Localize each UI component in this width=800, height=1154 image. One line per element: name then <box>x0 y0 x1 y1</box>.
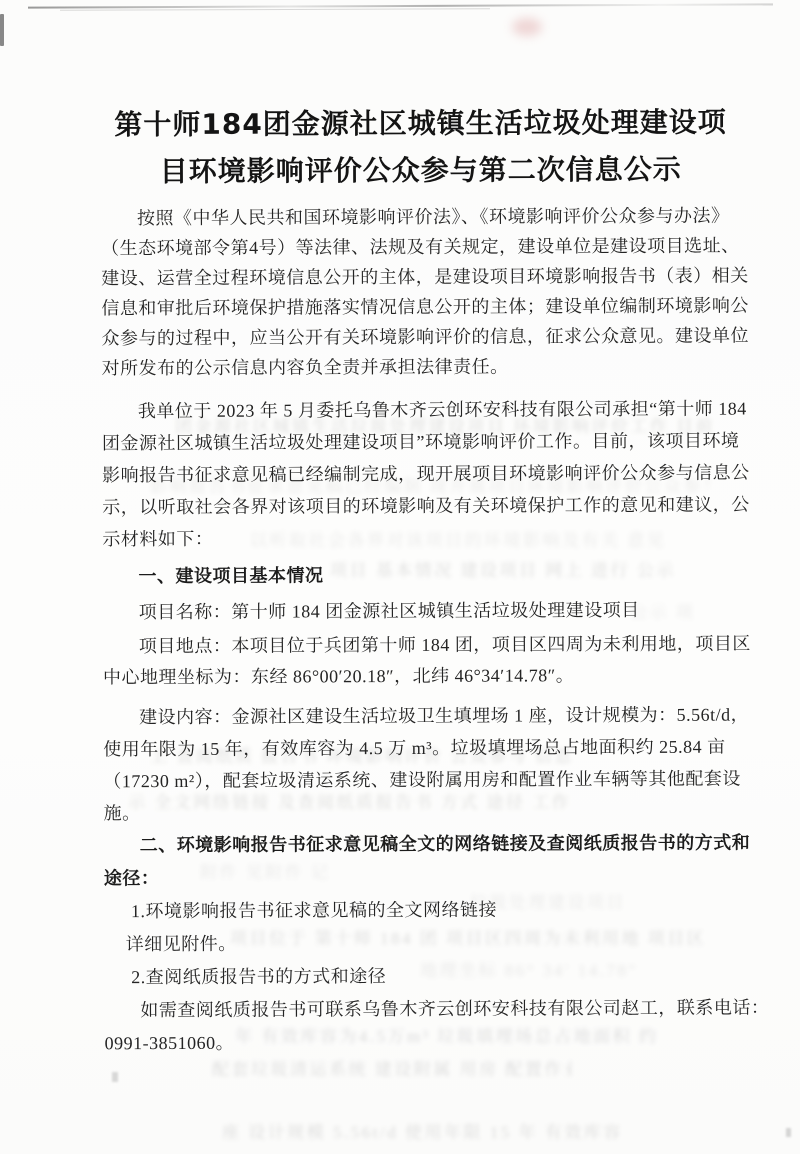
text-line: 团金源社区城镇生活垃圾处理建设项目”环境影响评价工作。目前，该项目环境 <box>102 425 742 460</box>
scan-speck <box>786 1128 791 1137</box>
text-line: 示，以听取社会各界对该项目的环境影响及有关环境保护工作的意见和建议，公 <box>102 489 742 524</box>
text-line: 项目名称：第十师 184 团金源社区城镇生活垃圾处理建设项目 <box>103 593 743 630</box>
text-line: 项目地点：本项目位于兵团第十师 184 团，项目区四周为未利用地，项目区 <box>103 629 743 663</box>
text-line: 影响报告书征求意见稿已经编制完成，现开展项目环境影响评价公众参与信息公 <box>102 457 742 492</box>
bleed-through-text: 座 设计规模 5.56t/d 使用年限 15 年 有效库容 <box>222 1118 642 1143</box>
heading-line: 二、环境影响报告书征求意见稿全文的网络链接及查阅纸质报告书的方式和 <box>104 827 744 863</box>
heading-line: 一、建设项目基本情况 <box>102 557 742 594</box>
list-item-1: 1.环境影响报告书征求意见稿的全文网络链接 <box>104 893 744 929</box>
document-content: 第十师184团金源社区城镇生活垃圾处理建设项 目环境影响评价公众参与第二次信息公… <box>0 0 800 1061</box>
document-title: 第十师184团金源社区城镇生活垃圾处理建设项 目环境影响评价公众参与第二次信息公… <box>100 99 740 196</box>
text-line: 按照《中华人民共和国环境影响评价法》、《环境影响评价公众参与办法》 <box>101 201 741 234</box>
list-item-1-note: 详细见附件。 <box>104 926 744 962</box>
text-line: 众参与的过程中，应当公开有关环境影响评价的信息，征求公众意见。建设单位 <box>101 321 741 354</box>
contact-phone: 0991-3851060。 <box>104 1025 744 1061</box>
text-line: 示材料如下： <box>102 521 742 556</box>
heading-line: 途径： <box>104 860 744 896</box>
text-line: 信息和审批后环境保护措施落实情况信息公开的主体；建设单位编制环境影响公 <box>101 291 741 324</box>
text-line: 我单位于 2023 年 5 月委托乌鲁木齐云创环安科技有限公司承担“第十师 18… <box>102 393 742 428</box>
title-line-1: 第十师184团金源社区城镇生活垃圾处理建设项 <box>100 99 740 149</box>
project-name-line: 项目名称：第十师 184 团金源社区城镇生活垃圾处理建设项目 <box>103 593 743 630</box>
text-line: 建设内容：金源社区建设生活垃圾卫生填埋场 1 座，设计规模为：5.56t/d， <box>103 699 743 734</box>
paragraph-commission: 我单位于 2023 年 5 月委托乌鲁木齐云创环安科技有限公司承担“第十师 18… <box>102 393 743 556</box>
paragraph-project-location: 项目地点：本项目位于兵团第十师 184 团，项目区四周为未利用地，项目区 中心地… <box>103 629 743 694</box>
text-line: 对所发布的公示信息内容负全责并承担法律责任。 <box>102 351 742 384</box>
text-line: 使用年限为 15 年，有效库容为 4.5 万 m³。垃圾填埋场总占地面积约 25… <box>103 731 743 766</box>
text-line: （生态环境部令第4号）等法律、法规及有关规定，建设单位是建设项目选址、 <box>101 231 741 264</box>
section-1-heading: 一、建设项目基本情况 <box>102 557 742 594</box>
title-line-2: 目环境影响评价公众参与第二次信息公示 <box>101 146 741 196</box>
paragraph-legal-basis: 按照《中华人民共和国环境影响评价法》、《环境影响评价公众参与办法》 （生态环境部… <box>101 201 742 384</box>
text-line: （17230 m²），配套垃圾清运系统、建设附属用房和配置作业车辆等其他配套设 <box>103 763 743 798</box>
text-line: 中心地理坐标为：东经 86°00′20.18″，北纬 46°34′14.78″。 <box>103 660 743 694</box>
scanned-document-page: 团金源社区城镇生活垃圾处理建设项目 环境影响评价工作 目前 影响报告书征求意见稿… <box>0 0 800 1154</box>
text-line: 建设、运营全过程环境信息公开的主体，是建设项目环境影响报告书（表）相关 <box>101 261 741 294</box>
text-line: 施。 <box>103 795 743 830</box>
section-2-body: 1.环境影响报告书征求意见稿的全文网络链接 详细见附件。 2.查阅纸质报告书的方… <box>104 893 745 1061</box>
paragraph-project-content: 建设内容：金源社区建设生活垃圾卫生填埋场 1 座，设计规模为：5.56t/d， … <box>103 699 744 830</box>
contact-line: 如需查阅纸质报告书可联系乌鲁木齐云创环安科技有限公司赵工，联系电话： <box>104 992 744 1028</box>
scan-speck <box>112 1072 118 1082</box>
section-2-heading: 二、环境影响报告书征求意见稿全文的网络链接及查阅纸质报告书的方式和 途径： <box>104 827 744 896</box>
list-item-2: 2.查阅纸质报告书的方式和途径 <box>104 959 744 995</box>
